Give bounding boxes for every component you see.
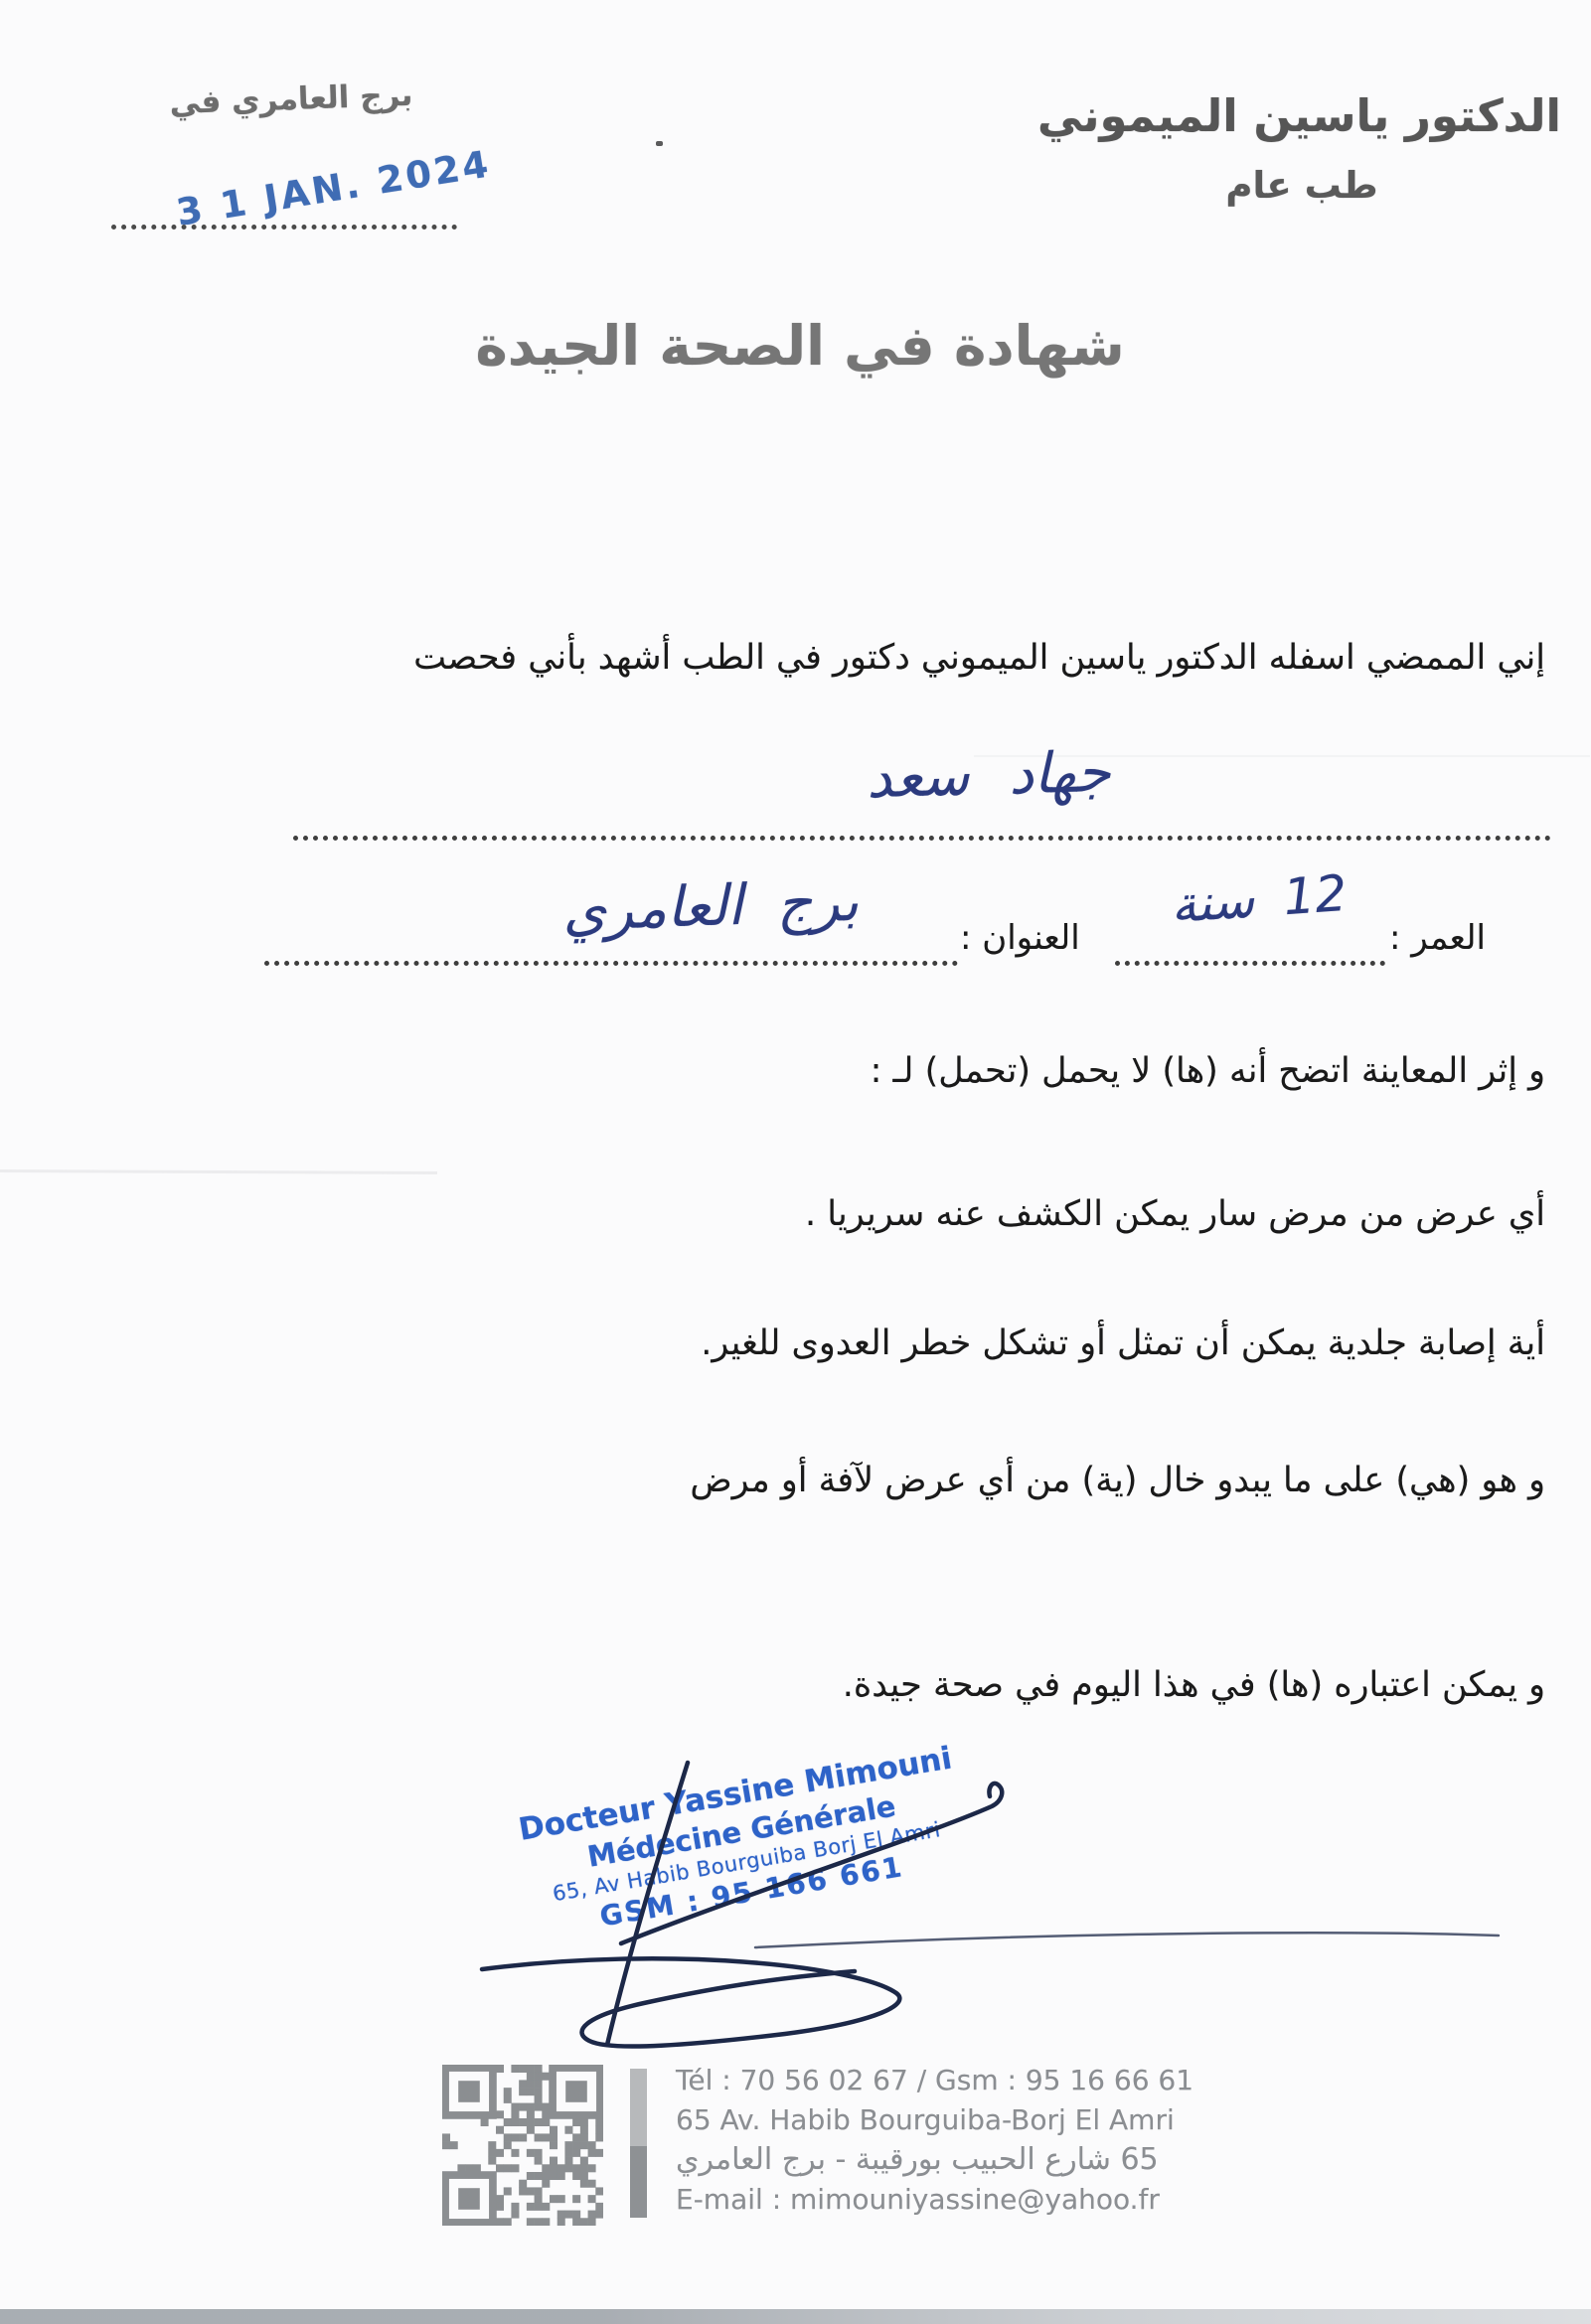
patient-name-dotted-line	[293, 835, 1551, 841]
doctor-name-arabic: الدكتور ياسين الميموني	[1029, 89, 1570, 142]
finding-line-1: أي عرض من مرض سار يمكن الكشف عنه سريريا …	[805, 1194, 1545, 1234]
place-stamp-text: برج العامري في	[126, 76, 455, 122]
finding-line-2: أية إصابة جلدية يمكن أن تمثل أو تشكل خطر…	[701, 1323, 1545, 1363]
age-handwritten: 12 سنة	[1169, 864, 1349, 934]
paper-crease	[0, 1169, 437, 1174]
address-handwritten: برج العامري	[561, 869, 860, 944]
intro-line: إني الممضي اسفله الدكتور ياسين الميموني …	[413, 638, 1545, 678]
address-dotted-line	[264, 960, 958, 966]
age-dotted-line	[1115, 960, 1385, 966]
finding-intro-line: و إثر المعاينة اتضح أنه (ها) لا يحمل (تح…	[871, 1051, 1545, 1091]
age-label: العمر :	[1389, 918, 1486, 958]
paper-crease	[974, 755, 1590, 757]
scan-bottom-edge	[0, 2309, 1591, 2324]
scan-speck	[656, 141, 663, 146]
patient-name-handwritten: جهاد سعد	[866, 740, 1111, 811]
doctor-signature	[427, 1757, 1560, 2085]
doctor-specialty: طب عام	[1143, 164, 1461, 207]
conclusion-line: و يمكن اعتباره (ها) في هذا اليوم في صحة …	[843, 1665, 1545, 1705]
footer-separator-bar	[630, 2069, 647, 2218]
certificate-title: شهادة في الصحة الجيدة	[457, 314, 1143, 378]
footer-phone-line: Tél : 70 56 02 67 / Gsm : 95 16 66 61	[676, 2061, 1272, 2100]
address-label: العنوان :	[960, 918, 1080, 958]
scanned-medical-certificate: برج العامري في 3 1 JAN. 2024 الدكتور ياس…	[0, 0, 1591, 2324]
footer-address-ar: 65 شارع الحبيب بورقيبة - برج العامري	[676, 2140, 1272, 2180]
footer-contact-block: Tél : 70 56 02 67 / Gsm : 95 16 66 61 65…	[676, 2061, 1272, 2220]
qr-code	[442, 2065, 603, 2226]
footer-email-line: E-mail : mimouniyassine@yahoo.fr	[676, 2180, 1272, 2220]
footer-address-fr: 65 Av. Habib Bourguiba-Borj El Amri	[676, 2100, 1272, 2140]
finding-line-3: و هو (هي) على ما يبدو خال (ية) من أي عرض…	[690, 1461, 1545, 1500]
